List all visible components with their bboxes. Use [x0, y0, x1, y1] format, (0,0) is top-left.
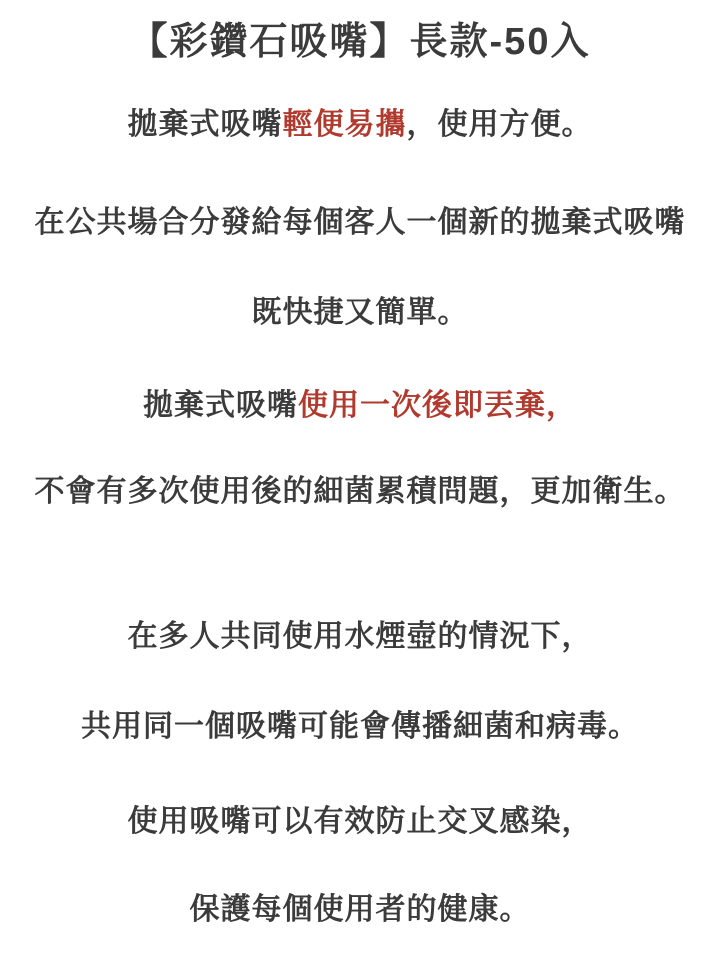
description-line: 使用吸嘴可以有效防止交叉感染，	[0, 807, 720, 837]
description-line: 拋棄式吸嘴使用一次後即丟棄，	[0, 391, 720, 421]
body-text: 使用吸嘴可以有效防止交叉感染，	[128, 805, 593, 838]
description-line: 在公共場合分發給每個客人一個新的拋棄式吸嘴	[0, 208, 720, 238]
body-text: 拋棄式吸嘴	[143, 389, 298, 422]
description-line: 共用同一個吸嘴可能會傳播細菌和病毒。	[0, 712, 720, 742]
body-text: 在公共場合分發給每個客人一個新的拋棄式吸嘴	[35, 206, 686, 239]
product-title: 【彩鑽石吸嘴】長款-50入	[0, 23, 720, 61]
body-text: ，使用方便。	[407, 108, 593, 141]
description-line: 保護每個使用者的健康。	[0, 895, 720, 925]
highlight-text: 輕便易攜	[283, 108, 407, 141]
description-line: 既快捷又簡單。	[0, 298, 720, 328]
body-text: 在多人共同使用水煙壺的情況下，	[128, 620, 593, 653]
highlight-text: 使用一次後即丟棄，	[298, 389, 577, 422]
body-text: 既快捷又簡單。	[252, 296, 469, 329]
body-text: 保護每個使用者的健康。	[190, 893, 531, 926]
body-text: 共用同一個吸嘴可能會傳播細菌和病毒。	[81, 710, 639, 743]
description-line: 不會有多次使用後的細菌累積問題，更加衛生。	[0, 477, 720, 507]
body-text: 拋棄式吸嘴	[128, 108, 283, 141]
description-line: 在多人共同使用水煙壺的情況下，	[0, 622, 720, 652]
description-line: 拋棄式吸嘴輕便易攜，使用方便。	[0, 110, 720, 140]
product-description-page: 【彩鑽石吸嘴】長款-50入 拋棄式吸嘴輕便易攜，使用方便。在公共場合分發給每個客…	[0, 0, 720, 960]
body-text: 不會有多次使用後的細菌累積問題，更加衛生。	[35, 475, 686, 508]
